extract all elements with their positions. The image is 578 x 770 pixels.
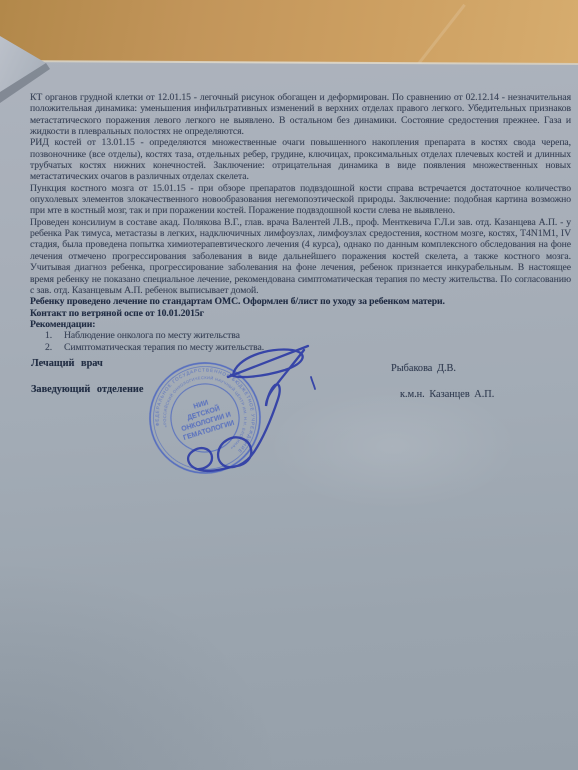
report-line: РИД костей от 13.01.15 - определяются мн…	[30, 137, 571, 148]
report-line: Проведен консилиум в составе акад. Поляк…	[30, 217, 571, 228]
attending-physician-name: Рыбакова Д.В.	[391, 363, 456, 374]
report-line: Пункция костного мозга от 15.01.15 - при…	[30, 183, 571, 194]
recommendation-number: 1.	[45, 330, 64, 341]
report-lines: КТ органов грудной клетки от 12.01.15 - …	[30, 92, 571, 330]
report-line: положительная динамика: уменьшения инфил…	[30, 103, 571, 114]
report-line: КТ органов грудной клетки от 12.01.15 - …	[30, 92, 571, 103]
report-line: позвоночнике (все отделы), костях таза, …	[30, 149, 571, 160]
report-line: опухолевых элементов злокачественного но…	[30, 194, 571, 205]
department-head-name: к.м.н. Казанцев А.П.	[400, 389, 494, 400]
report-line: метастатического поражения левого легког…	[30, 115, 571, 126]
report-line: Ребенку проведено лечение по стандартам …	[30, 296, 571, 307]
attending-physician-label: Лечащий врач	[31, 358, 103, 369]
report-line: метастатических очагов в различных отдел…	[30, 171, 571, 182]
report-line: ребенка Рак тимуса, метастазы в легких, …	[30, 228, 571, 239]
report-line: Рекомендации:	[30, 319, 571, 330]
report-line: при мте в костный мозг, так и при пораже…	[30, 205, 571, 216]
department-head-label: Заведующий отделение	[31, 384, 143, 395]
report-line: Учитывая диагноз ребенка, прогрессирован…	[30, 262, 571, 273]
report-line: время ребенку не показано специальное ле…	[30, 274, 571, 285]
recommendation-number: 2.	[45, 342, 64, 353]
report-line: с зав. отд. Казанцевым А.П. ребенок выпи…	[30, 285, 571, 296]
report-line: трубчатых костях нижних конечностей. Зак…	[30, 160, 571, 171]
handwritten-signature	[140, 330, 380, 490]
report-body: КТ органов грудной клетки от 12.01.15 - …	[30, 92, 571, 353]
report-line: жидкости в плевральных полостях не опред…	[30, 126, 571, 137]
report-line: стадия, была проведена попытка химиотера…	[30, 239, 571, 250]
report-line: Контакт по ветряной оспе от 10.01.2015г	[30, 308, 571, 319]
report-line: лечения отмечено прогрессирования заболе…	[30, 251, 571, 262]
